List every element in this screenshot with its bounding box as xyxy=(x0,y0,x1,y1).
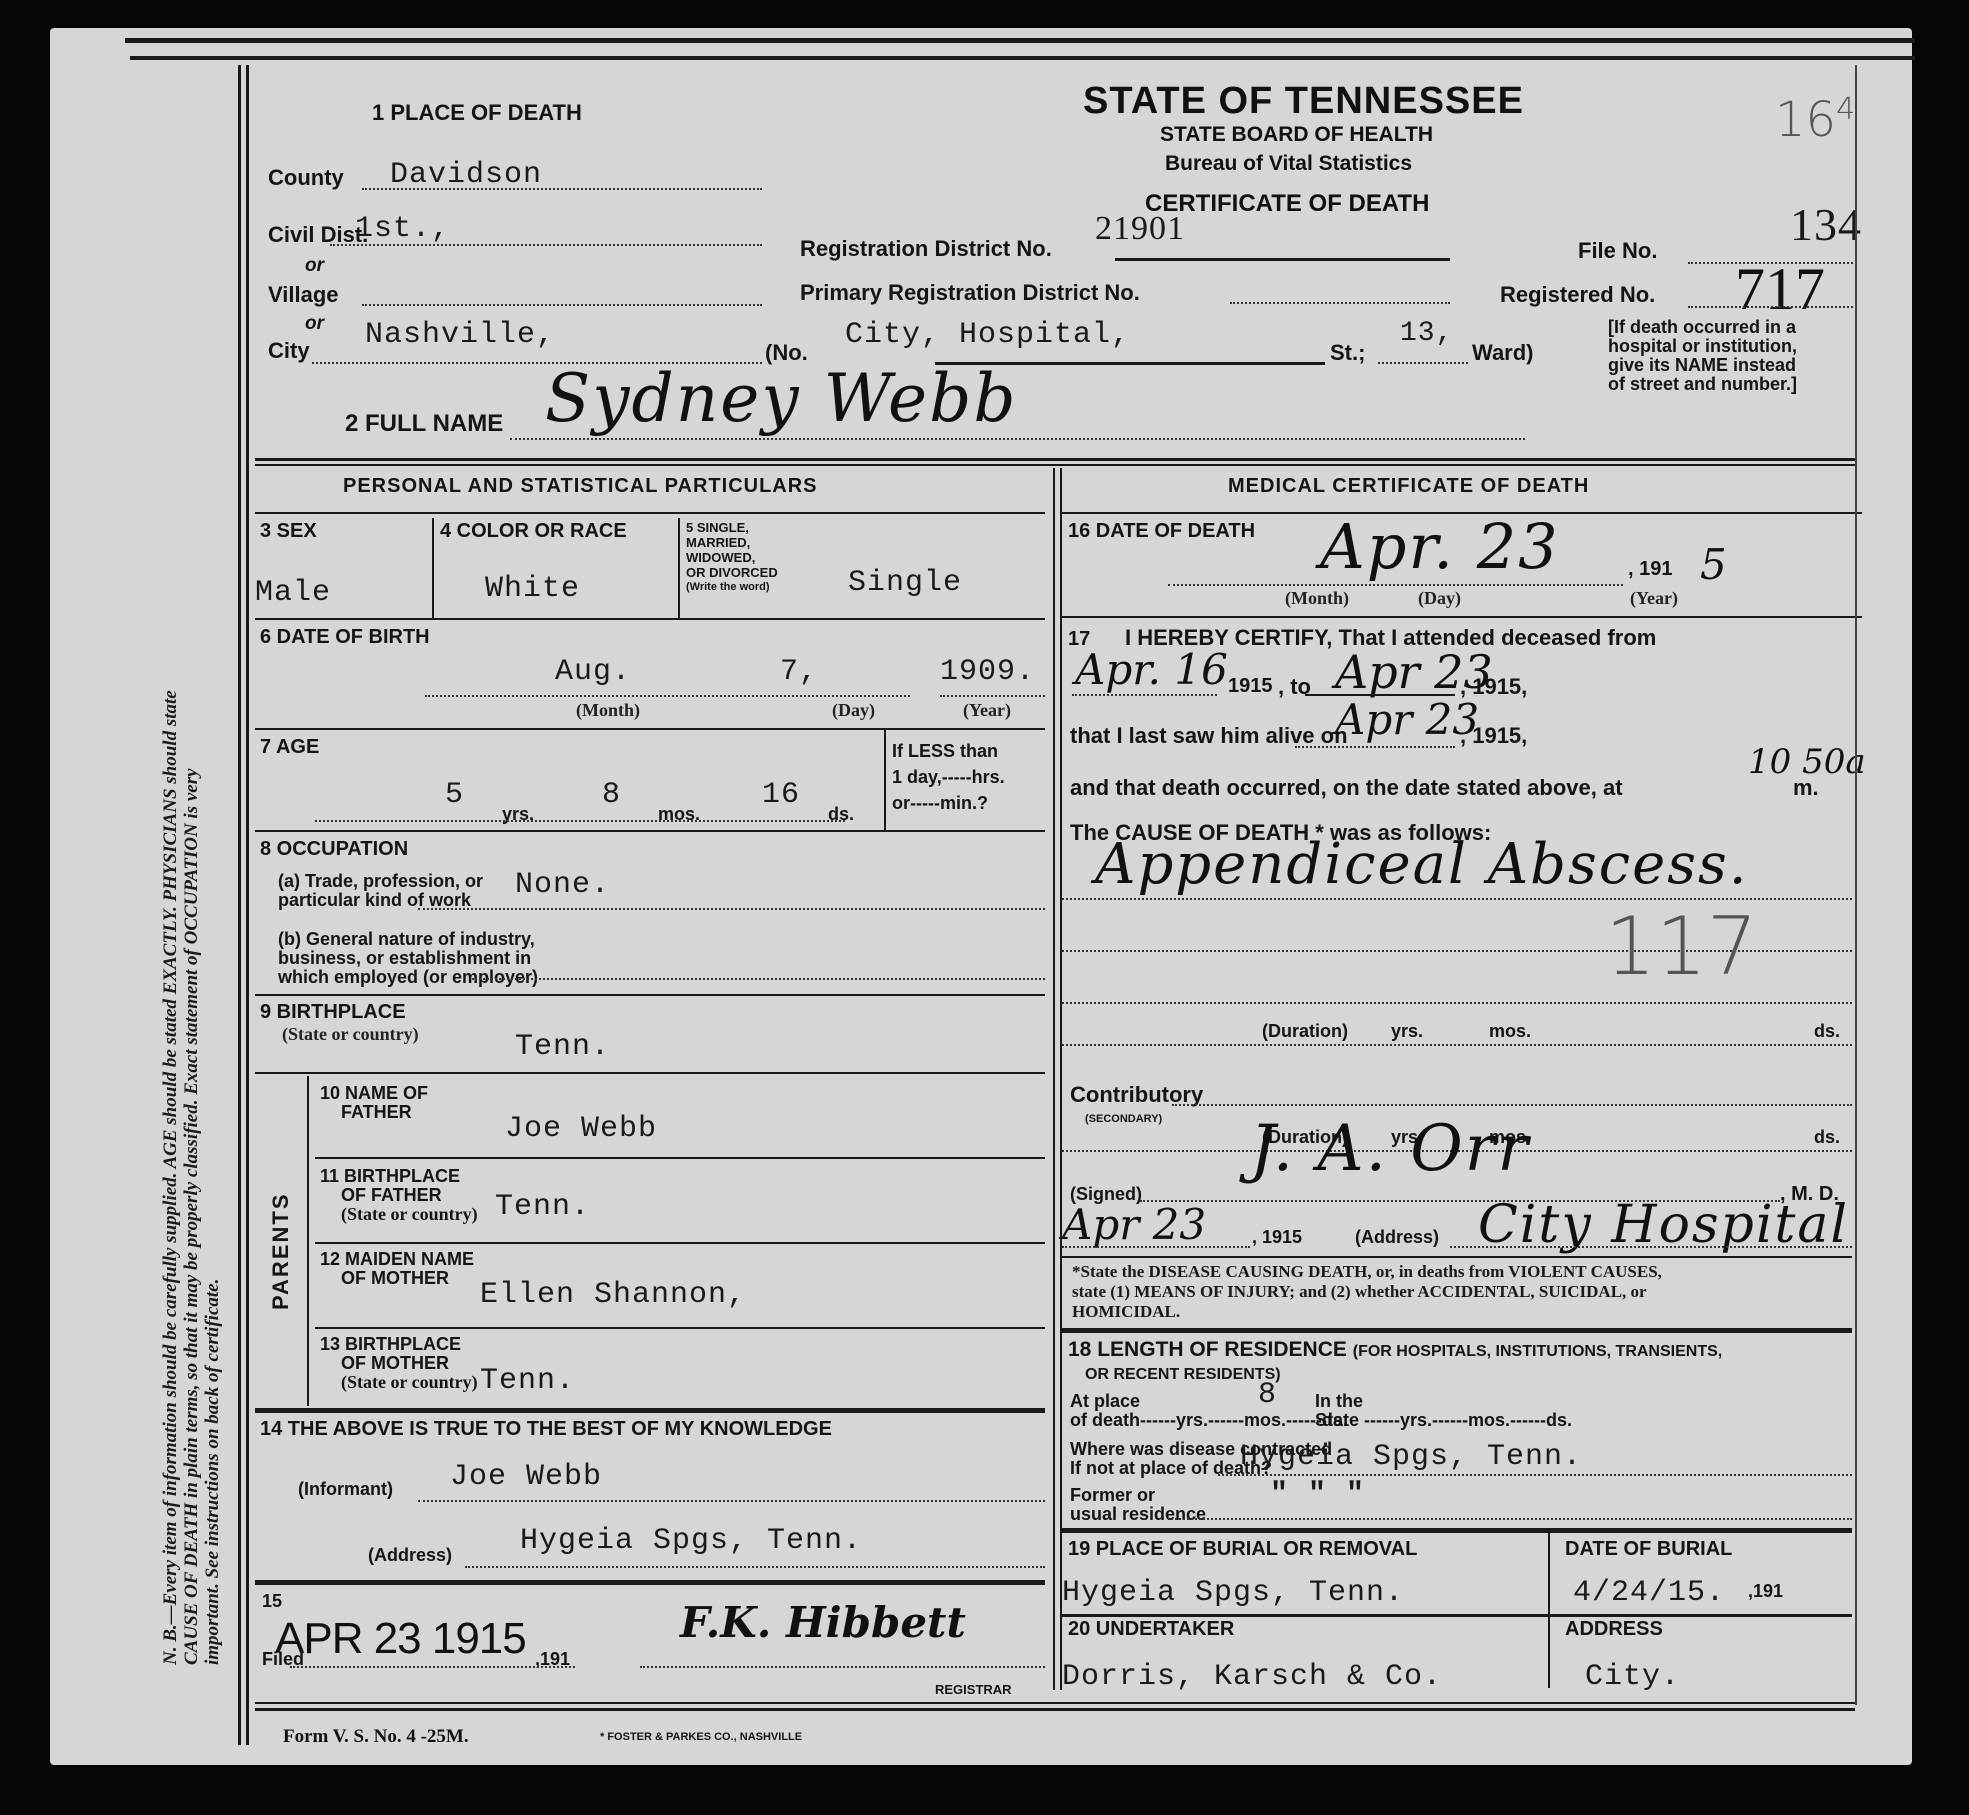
ward-line xyxy=(1378,362,1468,364)
county-field[interactable]: Davidson xyxy=(390,158,542,192)
date-of-death-label: 16 DATE OF DEATH xyxy=(1068,522,1255,541)
former-label-2: usual residence xyxy=(1070,1505,1206,1524)
residence-heading: 18 LENGTH OF RESIDENCE xyxy=(1068,1338,1347,1361)
residence-heading-sub2: OR RECENT RESIDENTS) xyxy=(1085,1365,1281,1384)
full-name-line xyxy=(510,438,1525,440)
contributory-line xyxy=(1172,1104,1852,1106)
father-bp-label-2: OF FATHER xyxy=(320,1186,478,1205)
secondary-label: (SECONDARY) xyxy=(1085,1112,1162,1127)
row-rule-9 xyxy=(255,1408,1045,1413)
burial-divider xyxy=(1548,1533,1550,1688)
contracted-line xyxy=(1218,1474,1852,1476)
former-label-1: Former or xyxy=(1070,1486,1206,1505)
mother-label-1: 12 MAIDEN NAME xyxy=(320,1250,474,1269)
filed-line xyxy=(290,1666,575,1668)
occ-b-label-2: business, or establishment in xyxy=(278,949,538,968)
informant-address-field[interactable]: Hygeia Spgs, Tenn. xyxy=(520,1524,862,1558)
primary-district-label: Primary Registration District No. xyxy=(800,280,1140,306)
age-label: 7 AGE xyxy=(260,738,319,757)
county-line xyxy=(362,188,762,190)
age-months-field[interactable]: 8 xyxy=(602,778,621,812)
father-label-1: 10 NAME OF xyxy=(320,1084,428,1103)
contributory-label: Contributory xyxy=(1070,1085,1203,1104)
medical-rule-1 xyxy=(1062,616,1862,618)
village-label: Village xyxy=(268,282,339,308)
section-divider-2 xyxy=(255,464,1855,466)
pencil-code-mark: 117 xyxy=(1605,900,1758,993)
occ-b-label-1: (b) General nature of industry, xyxy=(278,930,538,949)
row-rule-6 xyxy=(315,1157,1045,1159)
marital-label-3: WIDOWED, xyxy=(686,550,778,565)
at-place-label-2: of death------yrs.------mos.------ds. xyxy=(1070,1411,1348,1430)
father-label-2: FATHER xyxy=(320,1103,428,1122)
medical-rule-2 xyxy=(1062,1256,1852,1258)
mother-bp-label-3: (State or country) xyxy=(320,1373,478,1392)
at-place-label: At place of death------yrs.------mos.---… xyxy=(1070,1392,1348,1430)
dob-label: 6 DATE OF BIRTH xyxy=(260,628,430,647)
less-label-3: or-----min.? xyxy=(892,790,1005,816)
physician-signature: J. A. Orr xyxy=(1250,1112,1530,1186)
sex-label: 3 SEX xyxy=(260,522,317,541)
father-bp-label-3: (State or country) xyxy=(320,1205,478,1224)
footnote-line-2: state (1) MEANS OF INJURY; and (2) wheth… xyxy=(1072,1282,1662,1302)
dob-day-field[interactable]: 7, xyxy=(780,655,818,689)
cause-of-death-field[interactable]: Appendiceal Abscess. xyxy=(1095,832,1749,897)
board-title: STATE BOARD OF HEALTH xyxy=(1160,123,1433,147)
race-label: 4 COLOR OR RACE xyxy=(440,522,627,541)
physician-address-line xyxy=(1450,1246,1852,1248)
marital-label: 5 SINGLE, MARRIED, WIDOWED, OR DIVORCED … xyxy=(686,520,778,595)
registrar-signature: F.K. Hibbett xyxy=(680,1598,966,1647)
file-no-label: File No. xyxy=(1578,238,1657,264)
father-birthplace-field[interactable]: Tenn. xyxy=(495,1190,590,1224)
burial-date-field[interactable]: 4/24/15. xyxy=(1573,1576,1725,1610)
occ-a-label-1: (a) Trade, profession, or xyxy=(278,872,483,891)
former-residence-field[interactable]: " " " xyxy=(1270,1478,1365,1512)
registrar-label: REGISTRAR xyxy=(935,1682,1012,1697)
dod-day-caption: (Day) xyxy=(1418,588,1461,609)
at-place-days-field[interactable]: 8 xyxy=(1258,1378,1277,1412)
in-state-label-1: In the xyxy=(1315,1392,1572,1411)
street-label: St.; xyxy=(1330,340,1365,366)
section-divider xyxy=(255,458,1855,461)
at-place-label-1: At place xyxy=(1070,1392,1348,1411)
dod-year-prefix: , 191 xyxy=(1628,560,1672,579)
center-divider-2 xyxy=(1060,468,1062,1690)
full-name-field[interactable]: Sydney Webb xyxy=(545,360,1018,437)
informant-label: (Informant) xyxy=(298,1480,393,1499)
mother-bp-label-1: 13 BIRTHPLACE xyxy=(320,1335,478,1354)
burial-rule xyxy=(1062,1614,1852,1617)
less-label-1: If LESS than xyxy=(892,738,1005,764)
duration-line-1 xyxy=(1062,1044,1852,1046)
form-number: Form V. S. No. 4 -25M. xyxy=(283,1726,469,1748)
occupation-line xyxy=(418,908,1045,910)
dob-month-caption: (Month) xyxy=(576,700,640,721)
sex-field[interactable]: Male xyxy=(255,576,331,610)
mother-label-2: OF MOTHER xyxy=(320,1269,474,1288)
registration-district-label: Registration District No. xyxy=(800,236,1052,262)
registration-district-field[interactable]: 21901 xyxy=(1095,210,1185,248)
hospital-note-2: hospital or institution, xyxy=(1608,337,1797,356)
duration-ds-2: ds. xyxy=(1810,1128,1844,1147)
duration-ds-1: ds. xyxy=(1810,1022,1844,1041)
institution-field[interactable]: City, Hospital, xyxy=(845,318,1130,352)
hospital-note-4: of street and number.] xyxy=(1608,375,1797,394)
registered-no-field[interactable]: 717 xyxy=(1735,255,1825,324)
marital-label-4: OR DIVORCED xyxy=(686,565,778,580)
medical-rule-4 xyxy=(1062,1528,1852,1533)
margin-line-1: N. B.—Every item of information should b… xyxy=(160,690,181,1665)
center-divider xyxy=(1053,468,1055,1690)
burial-place-label: 19 PLACE OF BURIAL OR REMOVAL xyxy=(1068,1540,1417,1559)
sex-divider xyxy=(432,518,434,618)
hospital-note-1: [If death occurred in a xyxy=(1608,318,1797,337)
dob-year-line xyxy=(940,695,1045,697)
in-state-label: In the State ------yrs.------mos.------d… xyxy=(1315,1392,1572,1430)
date-of-death-field[interactable]: Apr. 23 xyxy=(1320,510,1560,583)
filed-date-stamp: APR 23 1915 xyxy=(275,1614,526,1664)
dob-month-field[interactable]: Aug. xyxy=(555,655,631,689)
burial-date-suffix: ,191 xyxy=(1748,1582,1783,1601)
occupation-label: 8 OCCUPATION xyxy=(260,840,408,859)
margin-line-2: CAUSE OF DEATH in plain terms, so that i… xyxy=(181,690,202,1665)
last-saw-line xyxy=(1295,746,1455,748)
row-rule-8 xyxy=(315,1327,1045,1329)
medical-rule-3 xyxy=(1062,1328,1852,1333)
duration-label-1: (Duration) xyxy=(1258,1022,1352,1041)
duration-yrs-1: yrs. xyxy=(1387,1022,1427,1041)
informant-field[interactable]: Joe Webb xyxy=(450,1460,602,1494)
medical-heading: MEDICAL CERTIFICATE OF DEATH xyxy=(1228,475,1589,498)
mother-birthplace-field[interactable]: Tenn. xyxy=(480,1364,575,1398)
less-label-2: 1 day,-----hrs. xyxy=(892,764,1005,790)
primary-district-line xyxy=(1230,302,1450,304)
right-border-line xyxy=(1855,65,1857,1705)
left-border-line xyxy=(238,65,241,1745)
birthplace-label: 9 BIRTHPLACE xyxy=(260,1003,406,1022)
marital-label-2: MARRIED, xyxy=(686,535,778,550)
hospital-note-3: give its NAME instead xyxy=(1608,356,1797,375)
contracted-field[interactable]: Hygeia Spgs, Tenn. xyxy=(1240,1440,1582,1474)
age-divider xyxy=(884,730,886,830)
ward-label: Ward) xyxy=(1472,340,1534,366)
file-no-field[interactable]: 134 xyxy=(1790,198,1862,251)
occupation-b-line xyxy=(472,978,1045,980)
row-rule-10 xyxy=(255,1580,1045,1585)
signed-year: , 1915 xyxy=(1252,1228,1302,1247)
dob-year-caption: (Year) xyxy=(963,700,1011,721)
row-rule-1 xyxy=(255,618,1045,620)
residence-heading-wrap: 18 LENGTH OF RESIDENCE (FOR HOSPITALS, I… xyxy=(1068,1340,1722,1361)
civil-dist-line xyxy=(330,244,762,246)
registration-district-line xyxy=(1115,258,1450,261)
cause-line-3 xyxy=(1062,1002,1852,1004)
corner-pencil-note: 164 xyxy=(1775,92,1855,148)
father-name-label: 10 NAME OF FATHER xyxy=(320,1084,428,1122)
occupation-a-label: (a) Trade, profession, or particular kin… xyxy=(278,872,483,910)
to-year: , 1915, xyxy=(1460,677,1527,696)
attended-from-field[interactable]: Apr. 16 xyxy=(1075,645,1228,694)
former-residence-line xyxy=(1168,1518,1852,1520)
father-bp-label-1: 11 BIRTHPLACE xyxy=(320,1167,478,1186)
registered-no-line xyxy=(1688,306,1853,308)
certificate-title: CERTIFICATE OF DEATH xyxy=(1145,190,1429,218)
footer-rule-2 xyxy=(255,1708,1855,1711)
dob-day-caption: (Day) xyxy=(832,700,875,721)
residence-heading-sub: (FOR HOSPITALS, INSTITUTIONS, TRANSIENTS… xyxy=(1353,1343,1722,1360)
from-year: 1915 xyxy=(1228,677,1273,696)
undertaker-field[interactable]: Dorris, Karsch & Co. xyxy=(1062,1660,1442,1694)
registered-no-label: Registered No. xyxy=(1500,282,1655,308)
ward-field[interactable]: 13, xyxy=(1400,318,1453,349)
age-years-field[interactable]: 5 xyxy=(445,778,464,812)
birthplace-sub-label: (State or country) xyxy=(282,1024,419,1045)
signed-date-line xyxy=(1062,1246,1250,1248)
mother-bp-label-2: OF MOTHER xyxy=(320,1354,478,1373)
top-border-line xyxy=(125,38,1915,43)
cause-footnote: *State the DISEASE CAUSING DEATH, or, in… xyxy=(1072,1262,1662,1322)
age-line xyxy=(315,820,845,822)
dob-line xyxy=(425,695,910,697)
hospital-instruction: [If death occurred in a hospital or inst… xyxy=(1608,318,1797,394)
footnote-line-3: HOMICIDAL. xyxy=(1072,1302,1662,1322)
mother-name-label: 12 MAIDEN NAME OF MOTHER xyxy=(320,1250,474,1288)
dod-year-field[interactable]: 5 xyxy=(1700,540,1727,589)
row-rule-7 xyxy=(315,1242,1045,1244)
parents-divider xyxy=(307,1076,309,1406)
personal-heading-rule xyxy=(255,512,1045,514)
am-pm-label: m. xyxy=(1793,778,1819,797)
occupation-field[interactable]: None. xyxy=(515,868,610,902)
row-rule-4 xyxy=(255,994,1045,996)
state-title: STATE OF TENNESSEE xyxy=(1083,80,1524,123)
row-rule-2 xyxy=(255,728,1045,730)
death-time-label: and that death occurred, on the date sta… xyxy=(1070,778,1623,797)
informant-address-line xyxy=(465,1566,1045,1568)
top-border-line-2 xyxy=(130,56,1915,60)
attended-from-line xyxy=(1072,694,1217,696)
birthplace-field[interactable]: Tenn. xyxy=(515,1030,610,1064)
burial-date-label: DATE OF BURIAL xyxy=(1565,1540,1732,1559)
dob-year-field[interactable]: 1909. xyxy=(940,655,1035,689)
less-than-day-label: If LESS than 1 day,-----hrs. or-----min.… xyxy=(892,738,1005,816)
informant-line xyxy=(418,1500,1045,1502)
or-label-2: or xyxy=(305,313,324,335)
county-label: County xyxy=(268,165,344,191)
footer-rule xyxy=(255,1702,1855,1704)
registrar-line xyxy=(640,1666,1045,1668)
race-field[interactable]: White xyxy=(485,572,580,606)
age-days-field[interactable]: 16 xyxy=(762,778,800,812)
in-state-label-2: State ------yrs.------mos.------ds. xyxy=(1315,1411,1572,1430)
burial-place-field[interactable]: Hygeia Spgs, Tenn. xyxy=(1062,1576,1404,1610)
dod-year-caption: (Year) xyxy=(1630,588,1678,609)
informant-heading: 14 THE ABOVE IS TRUE TO THE BEST OF MY K… xyxy=(260,1420,832,1439)
dod-month-caption: (Month) xyxy=(1285,588,1349,609)
filing-number: 15 xyxy=(262,1592,282,1611)
or-label-1: or xyxy=(305,255,324,277)
informant-address-label: (Address) xyxy=(368,1546,452,1565)
footnote-line-1: *State the DISEASE CAUSING DEATH, or, in… xyxy=(1072,1262,1662,1282)
place-of-death-heading: 1 PLACE OF DEATH xyxy=(372,100,582,126)
date-of-death-line xyxy=(1168,584,1623,586)
duration-mos-1: mos. xyxy=(1485,1022,1535,1041)
row-rule-5 xyxy=(255,1072,1045,1074)
personal-heading: PERSONAL AND STATISTICAL PARTICULARS xyxy=(343,475,818,498)
mother-name-field[interactable]: Ellen Shannon, xyxy=(480,1278,746,1312)
bureau-title: Bureau of Vital Statistics xyxy=(1165,152,1412,176)
undertaker-label: 20 UNDERTAKER xyxy=(1068,1620,1234,1639)
signed-date-field[interactable]: Apr 23 xyxy=(1062,1200,1206,1249)
left-border-line-2 xyxy=(246,65,249,1745)
marital-field[interactable]: Single xyxy=(848,566,962,600)
father-birthplace-label: 11 BIRTHPLACE OF FATHER (State or countr… xyxy=(320,1167,478,1224)
village-line xyxy=(362,304,762,306)
city-label: City xyxy=(268,338,310,364)
full-name-label: 2 FULL NAME xyxy=(345,410,503,438)
physician-address-label: (Address) xyxy=(1355,1228,1439,1247)
marital-label-5: (Write the word) xyxy=(686,580,778,595)
last-saw-field[interactable]: Apr 23 xyxy=(1335,695,1479,744)
father-name-field[interactable]: Joe Webb xyxy=(505,1112,657,1146)
printer-credit: * FOSTER & PARKES CO., NASHVILLE xyxy=(600,1730,802,1745)
civil-dist-field[interactable]: 1st., xyxy=(355,212,450,246)
mother-birthplace-label: 13 BIRTHPLACE OF MOTHER (State or countr… xyxy=(320,1335,478,1392)
undertaker-address-label: ADDRESS xyxy=(1565,1620,1663,1639)
last-saw-label: that I last saw him alive on xyxy=(1070,726,1348,745)
margin-line-3: important. See instructions on back of c… xyxy=(202,690,223,1665)
parents-section-label: PARENTS xyxy=(268,1193,294,1311)
race-divider xyxy=(678,518,680,618)
undertaker-address-field[interactable]: City. xyxy=(1585,1660,1680,1694)
margin-instructions: N. B.—Every item of information should b… xyxy=(160,690,223,1665)
row-rule-3 xyxy=(255,830,1045,832)
city-field[interactable]: Nashville, xyxy=(365,318,555,352)
last-saw-year: , 1915, xyxy=(1460,726,1527,745)
marital-label-1: 5 SINGLE, xyxy=(686,520,778,535)
